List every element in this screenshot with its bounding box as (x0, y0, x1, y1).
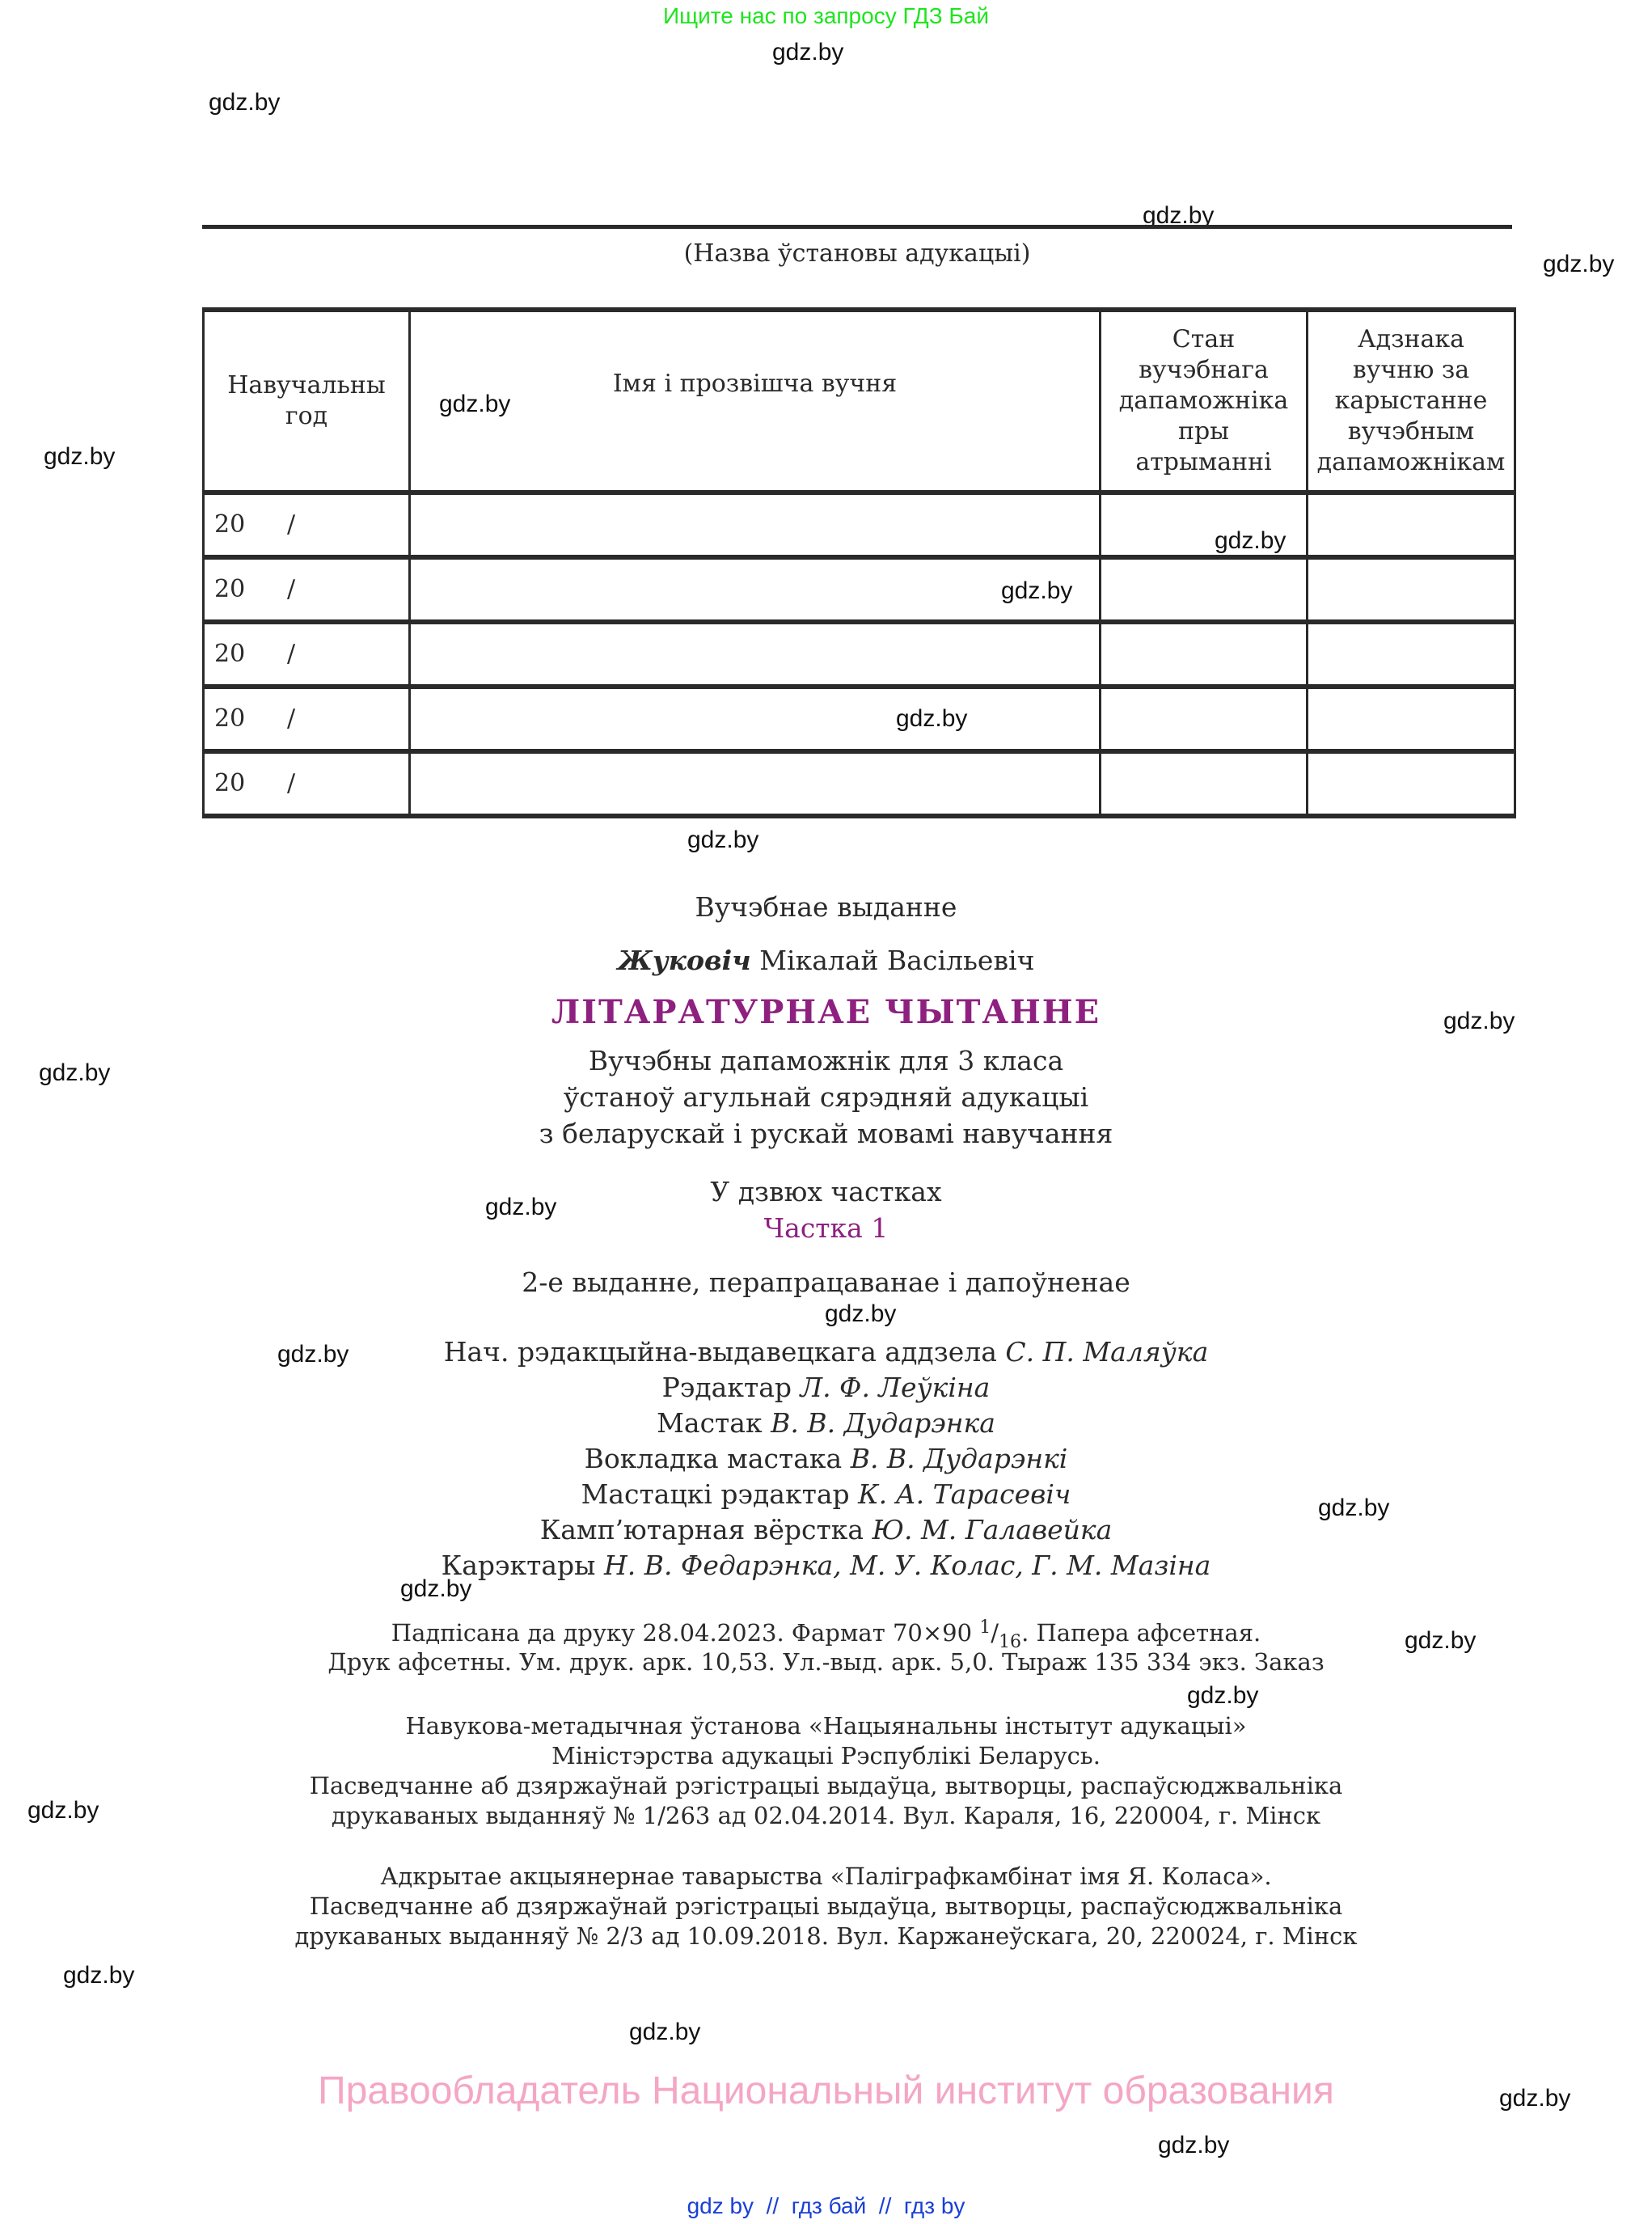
author-line: Жуковіч Мікалай Васільевіч (0, 943, 1652, 979)
watermark: gdz.by (1158, 2132, 1229, 2159)
subtitle-line-1: Вучэбны дапаможнік для 3 класа (0, 1043, 1652, 1079)
watermark: gdz.by (63, 1962, 134, 1989)
header-academic-year: Навучальны год (204, 310, 410, 493)
credit-line: Вокладка мастака В. В. Дударэнкі (0, 1441, 1652, 1477)
mark-cell[interactable] (1308, 687, 1515, 751)
mark-cell[interactable] (1308, 751, 1515, 816)
condition-cell[interactable]: gdz.by (1101, 493, 1308, 557)
author-given-name: Мікалай Васільевіч (759, 945, 1034, 976)
year-cell[interactable]: 20/ (204, 622, 410, 687)
publisher-line: Навукова-метадычная ўстанова «Нацыянальн… (0, 1711, 1652, 1741)
header-condition-on-receipt: Стан вучэбнага дапаможніка пры атрыманні (1101, 310, 1308, 493)
credit-line: Карэктары Н. В. Федарэнка, М. У. Колас, … (0, 1548, 1652, 1583)
publisher-line: друкаваных выданняў № 1/263 ад 02.04.201… (0, 1801, 1652, 1831)
header-student-name: gdz.by Імя і прозвішча вучня (410, 310, 1101, 493)
student-name-cell[interactable] (410, 751, 1101, 816)
credit-line: Мастацкі рэдактар К. А. Тарасевіч (0, 1477, 1652, 1512)
mark-cell[interactable] (1308, 557, 1515, 622)
watermark: gdz.by (400, 1575, 471, 1603)
condition-cell[interactable] (1101, 622, 1308, 687)
student-name-cell[interactable]: gdz.by (410, 687, 1101, 751)
table-row: 20/ gdz.by (204, 557, 1515, 622)
watermark: gdz.by (687, 827, 758, 854)
student-name-cell[interactable] (410, 622, 1101, 687)
year-cell[interactable]: 20/ (204, 493, 410, 557)
footer-site-links[interactable]: gdz by // гдз бай // гдз by (0, 2193, 1652, 2219)
table-row: 20/ (204, 622, 1515, 687)
mark-cell[interactable] (1308, 622, 1515, 687)
printer-line: Адкрытае акцыянернае таварыства «Палігра… (0, 1862, 1652, 1892)
watermark: gdz.by (1187, 1682, 1258, 1710)
printer-line: Пасведчанне аб дзяржаўнай рэгістрацыі вы… (0, 1892, 1652, 1922)
table-row: 20/ (204, 751, 1515, 816)
credit-line: Камп’ютарная вёрстка Ю. М. Галавейка (0, 1512, 1652, 1548)
year-cell[interactable]: 20/ (204, 557, 410, 622)
condition-cell[interactable] (1101, 557, 1308, 622)
watermark: gdz.by (896, 704, 967, 734)
print-info-line-2: Друк афсетны. Ум. друк. арк. 10,53. Ул.-… (0, 1647, 1652, 1677)
watermark: gdz.by (1543, 251, 1614, 278)
subtitle-line-2: ўстаноў агульнай сярэдняй адукацыі (0, 1080, 1652, 1115)
header-usage-mark: Адзнака вучню за карыстанне вучэбным дап… (1308, 310, 1515, 493)
subtitle-line-3: з беларускай і рускай мовамі навучання (0, 1116, 1652, 1152)
rights-holder-notice: Правообладатель Национальный институт об… (0, 2069, 1652, 2113)
watermark: gdz.by (629, 2019, 700, 2046)
textbook-register-table: Навучальны год gdz.by Імя і прозвішча ву… (202, 307, 1516, 818)
part-number: Частка 1 (0, 1211, 1652, 1246)
watermark: gdz.by (825, 1300, 896, 1328)
watermark: gdz.by (439, 389, 510, 420)
institution-name-line (202, 225, 1512, 229)
year-cell[interactable]: 20/ (204, 751, 410, 816)
publisher-line: Пасведчанне аб дзяржаўнай рэгістрацыі вы… (0, 1771, 1652, 1801)
edition-note: 2-е выданне, перапрацаванае і дапоўненае (0, 1265, 1652, 1300)
watermark: gdz.by (209, 89, 280, 116)
institution-caption: (Назва ўстановы адукацыі) (202, 239, 1512, 268)
year-cell[interactable]: 20/ (204, 687, 410, 751)
mark-cell[interactable] (1308, 493, 1515, 557)
watermark: gdz.by (1001, 576, 1072, 607)
watermark: gdz.by (1215, 526, 1286, 556)
printer-line: друкаваных выданняў № 2/3 ад 10.09.2018.… (0, 1922, 1652, 1951)
credit-line: Нач. рэдакцыйна-выдавецкага аддзела С. П… (0, 1334, 1652, 1370)
table-row: 20/ gdz.by (204, 493, 1515, 557)
book-title: ЛІТАРАТУРНАЕ ЧЫТАННЕ (0, 993, 1652, 1031)
credit-line: Мастак В. В. Дударэнка (0, 1406, 1652, 1441)
search-hint-banner: Ищите нас по запросу ГДЗ Бай (0, 3, 1652, 29)
table-row: 20/ gdz.by (204, 687, 1515, 751)
condition-cell[interactable] (1101, 751, 1308, 816)
watermark: gdz.by (772, 39, 843, 66)
watermark: gdz.by (44, 443, 115, 471)
author-surname: Жуковіч (618, 945, 751, 976)
edition-type: Вучэбнае выданне (0, 890, 1652, 925)
student-name-cell[interactable]: gdz.by (410, 557, 1101, 622)
student-name-cell[interactable] (410, 493, 1101, 557)
publisher-line: Міністэрства адукацыі Рэспублікі Беларус… (0, 1741, 1652, 1771)
watermark: gdz.by (1499, 2085, 1570, 2112)
parts-note: У дзвюх частках (0, 1174, 1652, 1210)
condition-cell[interactable] (1101, 687, 1308, 751)
credit-line: Рэдактар Л. Ф. Леўкіна (0, 1370, 1652, 1406)
